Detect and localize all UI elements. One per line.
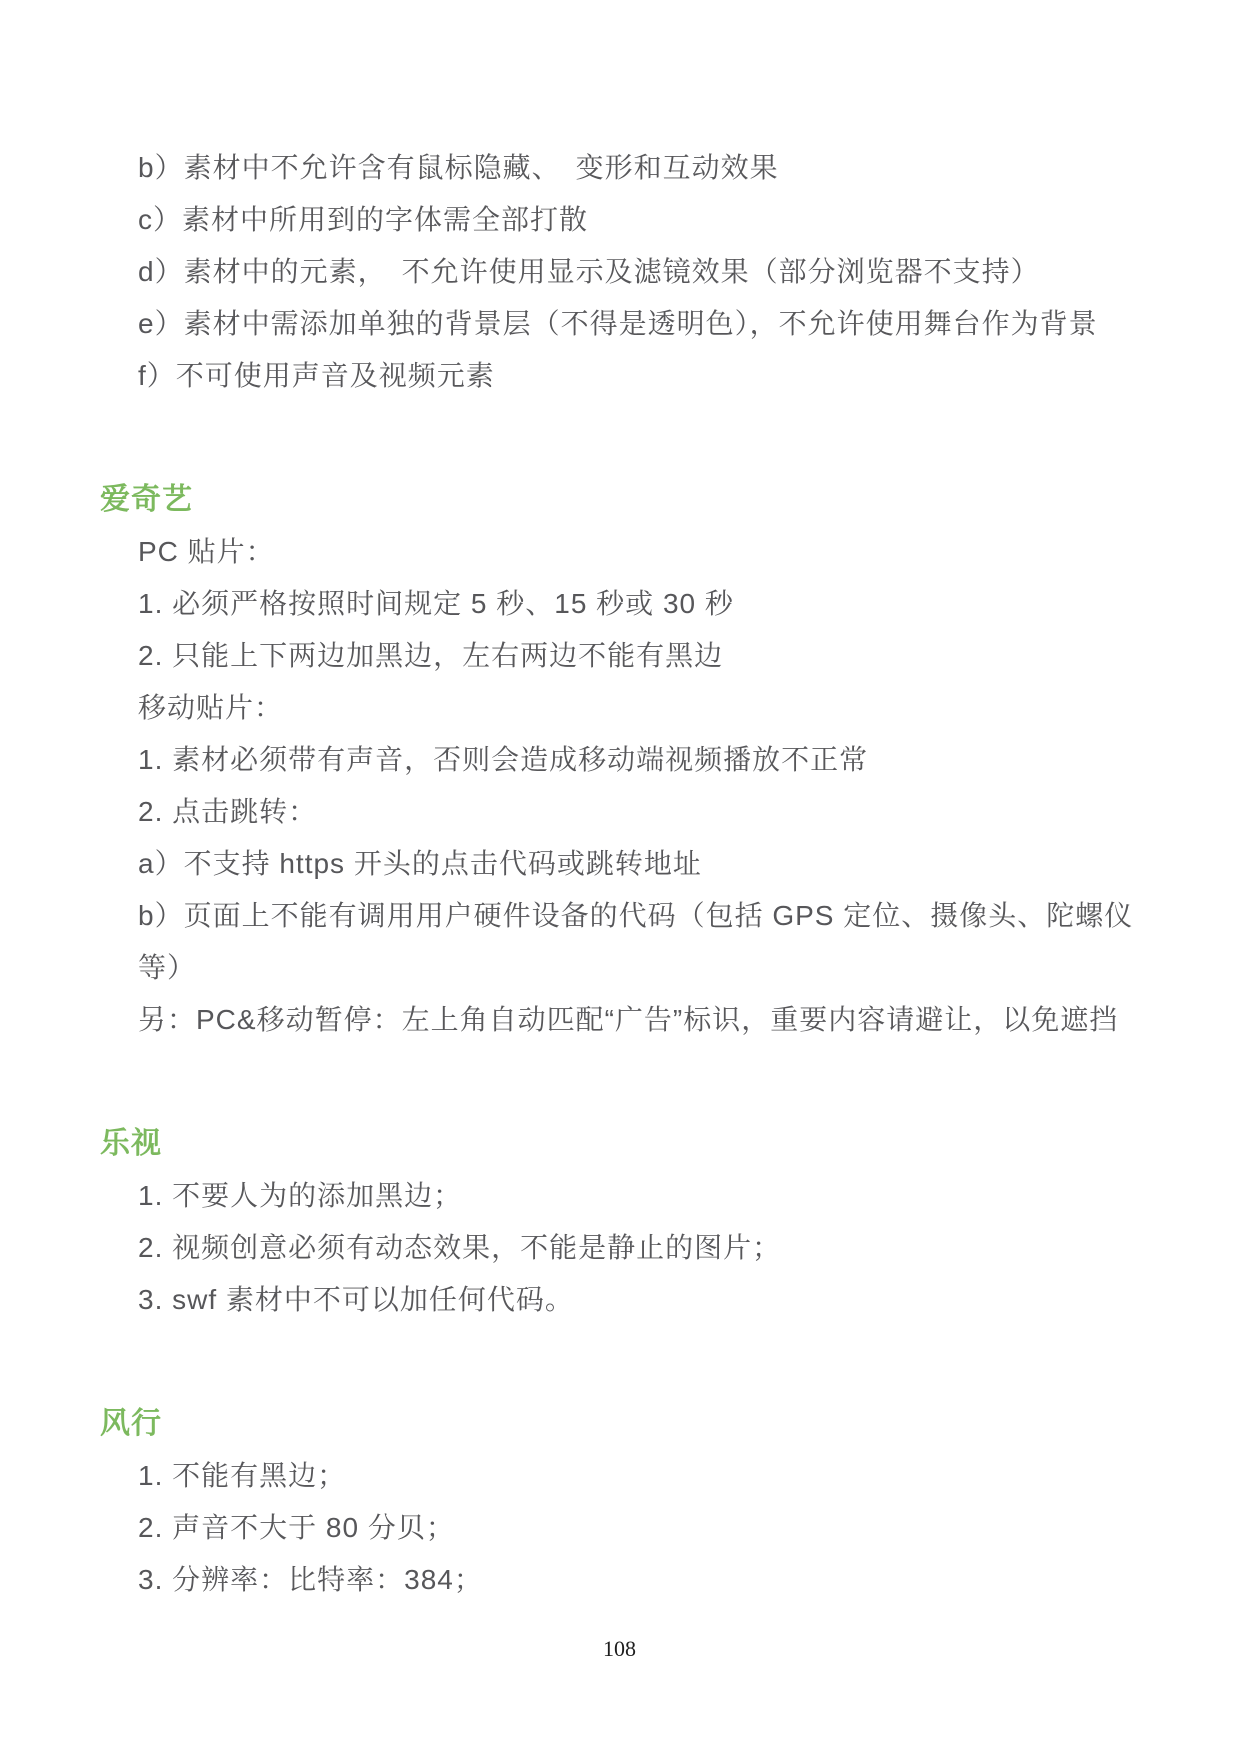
list-item: 2. 点击跳转：	[138, 786, 1180, 838]
list-item-f: f）不可使用声音及视频元素	[138, 350, 1180, 402]
list-item: 3. swf 素材中不可以加任何代码。	[138, 1274, 1180, 1326]
section-heading-letv: 乐视	[100, 1118, 1180, 1170]
list-item-d: d）素材中的元素， 不允许使用显示及滤镜效果（部分浏览器不支持）	[138, 246, 1180, 298]
list-item: 2. 声音不大于 80 分贝；	[138, 1502, 1180, 1554]
list-item: a）不支持 https 开头的点击代码或跳转地址	[138, 838, 1180, 890]
list-item: 2. 只能上下两边加黑边，左右两边不能有黑边	[138, 630, 1180, 682]
list-item-continuation: 等）	[138, 942, 1180, 994]
subheading-pc-roll: PC 贴片：	[138, 526, 1180, 578]
page-number: 108	[0, 1636, 1239, 1662]
list-item: b）页面上不能有调用用户硬件设备的代码（包括 GPS 定位、摄像头、陀螺仪	[138, 890, 1180, 942]
list-item: 1. 不能有黑边；	[138, 1450, 1180, 1502]
list-item-b: b）素材中不允许含有鼠标隐藏、 变形和互动效果	[138, 142, 1180, 194]
list-item: 1. 必须严格按照时间规定 5 秒、15 秒或 30 秒	[138, 578, 1180, 630]
document-page: b）素材中不允许含有鼠标隐藏、 变形和互动效果 c）素材中所用到的字体需全部打散…	[0, 0, 1239, 1754]
section-heading-iqiyi: 爱奇艺	[100, 474, 1180, 526]
list-item-e: e）素材中需添加单独的背景层（不得是透明色），不允许使用舞台作为背景	[138, 298, 1180, 350]
list-item: 3. 分辨率：比特率：384；	[138, 1554, 1180, 1606]
list-item: 2. 视频创意必须有动态效果，不能是静止的图片；	[138, 1222, 1180, 1274]
list-item: 1. 不要人为的添加黑边；	[138, 1170, 1180, 1222]
document-content: b）素材中不允许含有鼠标隐藏、 变形和互动效果 c）素材中所用到的字体需全部打散…	[100, 142, 1180, 1606]
list-item-c: c）素材中所用到的字体需全部打散	[138, 194, 1180, 246]
section-heading-funshion: 风行	[100, 1398, 1180, 1450]
note-line: 另：PC&移动暂停：左上角自动匹配“广告”标识，重要内容请避让，以免遮挡	[138, 994, 1180, 1046]
list-item: 1. 素材必须带有声音，否则会造成移动端视频播放不正常	[138, 734, 1180, 786]
subheading-mobile-roll: 移动贴片：	[138, 682, 1180, 734]
